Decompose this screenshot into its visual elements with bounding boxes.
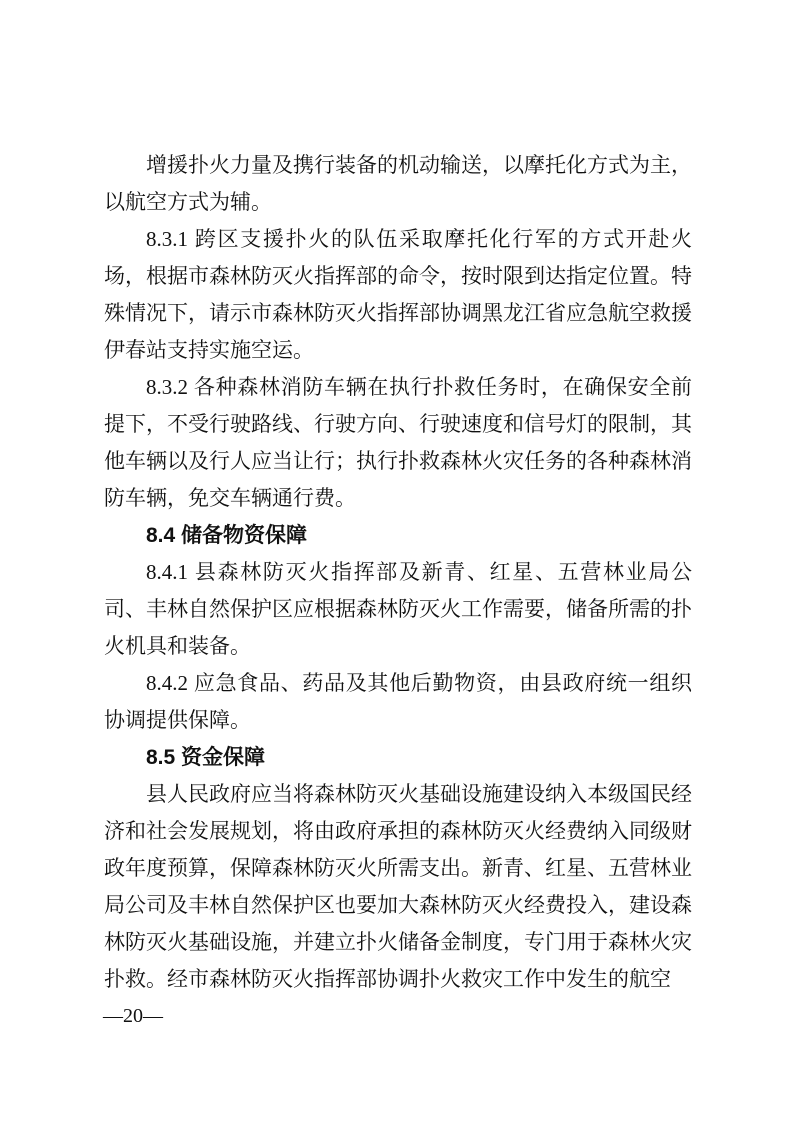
page-footer: —20—	[103, 998, 163, 1035]
paragraph-8-3-2: 8.3.2 各种森林消防车辆在执行扑救任务时，在确保安全前提下，不受行驶路线、行…	[104, 369, 692, 517]
paragraph-8-4-1: 8.4.1 县森林防灭火指挥部及新青、红星、五营林业局公司、丰林自然保护区应根据…	[104, 554, 692, 665]
paragraph-8-5-body: 县人民政府应当将森林防灭火基础设施建设纳入本级国民经济和社会发展规划，将由政府承…	[104, 776, 692, 998]
document-page: 增援扑火力量及携行装备的机动输送，以摩托化方式为主，以航空方式为辅。 8.3.1…	[0, 0, 793, 1122]
page-number: —20—	[103, 1005, 163, 1028]
heading-8-5: 8.5 资金保障	[104, 739, 692, 776]
paragraph-8-4-2: 8.4.2 应急食品、药品及其他后勤物资，由县政府统一组织协调提供保障。	[104, 665, 692, 739]
paragraph-continuation: 增援扑火力量及携行装备的机动输送，以摩托化方式为主，以航空方式为辅。	[104, 147, 692, 221]
document-text-block: 增援扑火力量及携行装备的机动输送，以摩托化方式为主，以航空方式为辅。 8.3.1…	[104, 147, 692, 998]
paragraph-8-3-1: 8.3.1 跨区支援扑火的队伍采取摩托化行军的方式开赴火场，根据市森林防灭火指挥…	[104, 221, 692, 369]
heading-8-4: 8.4 储备物资保障	[104, 517, 692, 554]
